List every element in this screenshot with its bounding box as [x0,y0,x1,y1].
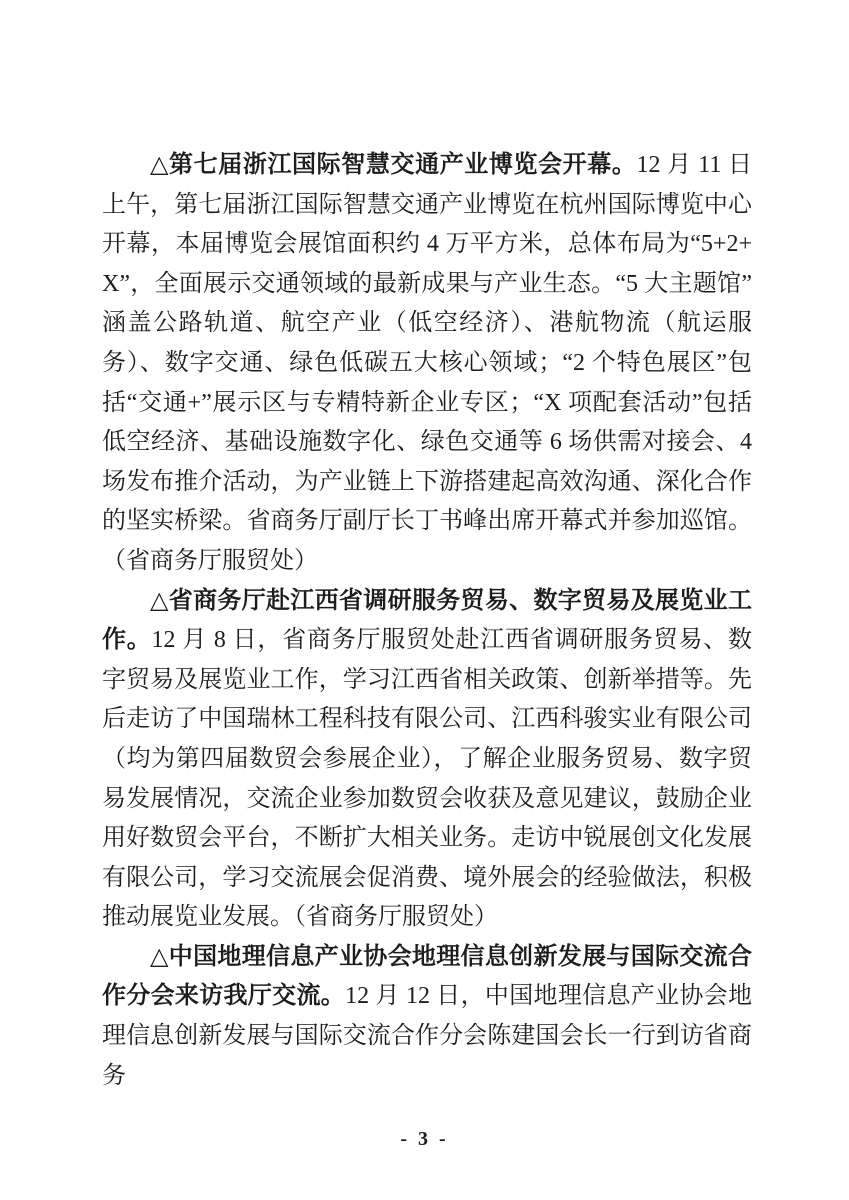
news-paragraph-1-body: 12 月 11 日上午，第七届浙江国际智慧交通产业博览在杭州国际博览中心开幕，本… [102,152,752,574]
news-paragraph-3: △中国地理信息产业协会地理信息创新发展与国际交流合作分会来访我厅交流。12 月 … [102,938,752,1096]
page-number: - 3 - [400,1128,448,1150]
news-paragraph-1: △第七届浙江国际智慧交通产业博览会开幕。12 月 11 日上午，第七届浙江国际智… [102,146,752,582]
page-footer: - 3 - [0,1128,849,1151]
news-paragraph-2-body: 12 月 8 日，省商务厅服贸处赴江西省调研服务贸易、数字贸易及展览业工作，学习… [102,627,752,930]
news-paragraph-1-title: △第七届浙江国际智慧交通产业博览会开幕。 [150,152,636,178]
document-page: △第七届浙江国际智慧交通产业博览会开幕。12 月 11 日上午，第七届浙江国际智… [0,0,849,1200]
news-paragraph-2: △省商务厅赴江西省调研服务贸易、数字贸易及展览业工作。12 月 8 日，省商务厅… [102,582,752,938]
document-content: △第七届浙江国际智慧交通产业博览会开幕。12 月 11 日上午，第七届浙江国际智… [102,146,752,1096]
